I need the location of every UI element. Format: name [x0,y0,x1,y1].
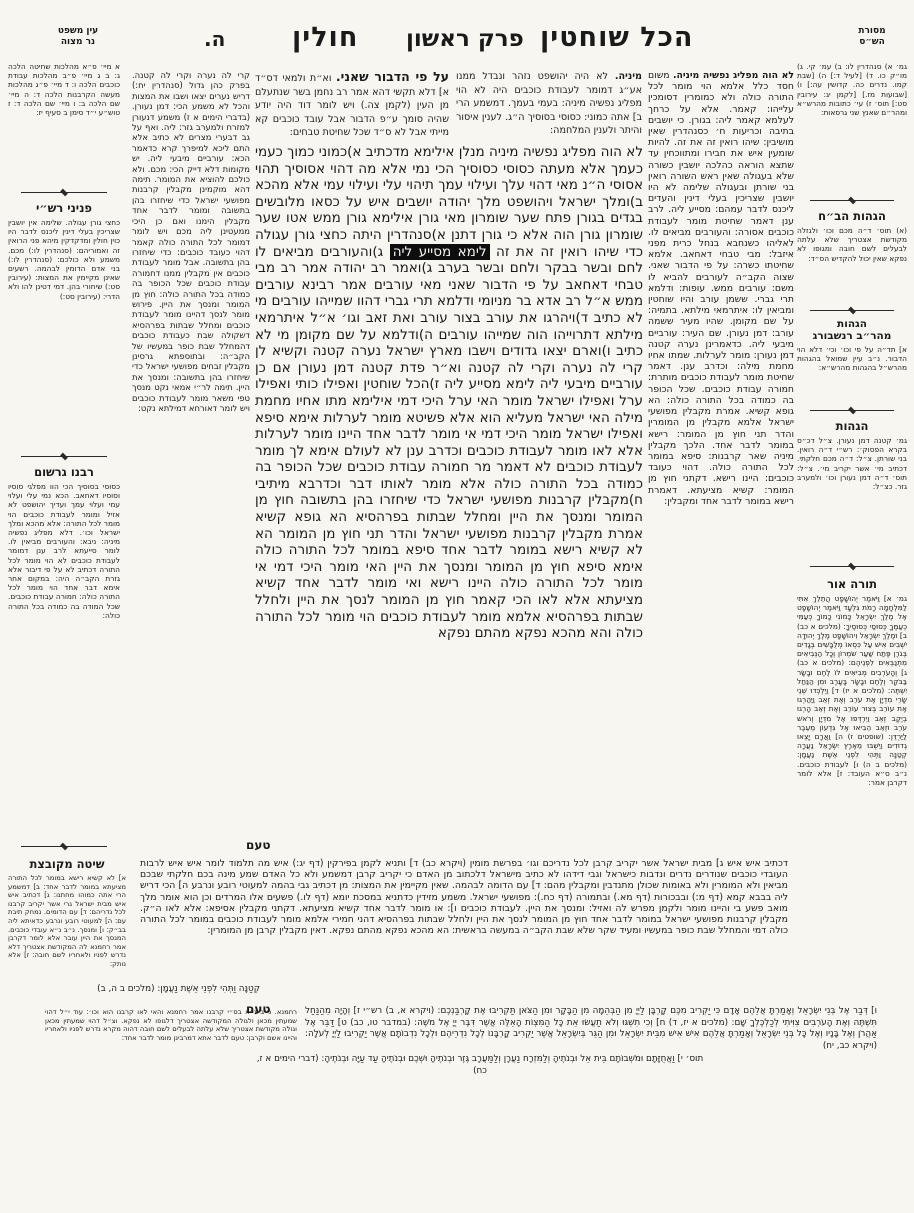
gemara-after-highlight: ג)והעורבים מביאים לו לחם ובשר בבקר ולחם … [255,244,643,642]
torah-or-title: תורה אור [797,578,907,591]
section-divider [797,406,907,415]
hagahot-ransburg-text: א] תד״ה על פי וכו׳ וכי׳ דלא הוי הדבור. נ… [797,345,907,373]
ein-mishpat-title-line2: נר מצוה [38,37,118,48]
tosafot-top-dibbur: על פי הדבור שאני. [336,70,449,84]
gemara-before-highlight: לא הוה מפליג נפשיה מיניה מנלן אילימא מדכ… [255,144,643,260]
torah-or-text: גמ׳ א] וַיֹּאמֶר יְהוֹשָׁפָט הֲתֵלֵךְ אִ… [797,594,907,787]
hagahot-section: הגהות גמ׳ קטנה דמן נעורן. צ״ל דכ״ס בקרא … [797,418,907,558]
tosafot-verse-line: תוס׳ י] וַאֲחֻזָּתָם וּמֹשְׁבוֹתָם בֵּית… [250,1054,710,1077]
hagahot-ransburg-section: הגהות מהר״ב רנשבורג א] תד״ה על פי וכו׳ ו… [797,318,907,404]
rashi-top-band: מיניה. לא היה יהושפט נזהר ונבדל ממנו אע״… [456,70,642,142]
masoret-hashas-title-line2: הש״ס [836,37,908,48]
rashi-top-dibbur: מיניה. [615,71,642,82]
pninei-rashi-text: כחצי גורן עגולה. שלימה אין יושבין שצריכי… [8,218,120,301]
section-divider [797,196,907,205]
tosafot-top-band: על פי הדבור שאני. וא״ת ולמאי דס״ד א] דלא… [255,70,449,142]
rabbeinu-gershom-title: רבנו גרשום [8,466,120,479]
page-title-hakol-shochatin: הכל שוחטין [540,22,693,53]
rashi-column-text: משום חסד כלל אלמא הוי מומר לכל התורה כול… [648,70,794,507]
daf-number: ה. [204,27,225,51]
pninei-rashi-title: פניני רש״י [8,202,120,215]
rabbeinu-gershom-text: כסוסי בסוסיך הכי הוו מפלגי סוסיו וסוסיו … [8,482,120,620]
rashi-column: לא הוה מפליג נפשיה מיניה. משום חסד כלל א… [648,70,794,858]
masoret-hashas-title-line1: מסורת [836,26,908,37]
talmud-page: מסורת הש״ס הכל שוחטין פרק ראשון חולין ה.… [0,0,914,1213]
hagahot-ransburg-title-line1: הגהות [797,318,907,330]
bottom-left-note: רחמנא. נ״ב נ״א בס״י קרבנו אמר רחמנא והאי… [45,1008,297,1056]
gemara-text: לא הוה מפליג נפשיה מיניה מנלן אילימא מדכ… [255,144,643,842]
section-divider [8,842,120,851]
hagahot-title: הגהות [797,420,907,433]
hagahot-habach-section: הגהות הב״ח (א) תוס׳ ד״ה מכם וכו׳ ולגזלה … [797,208,907,302]
rashi-column-dibbur: לא הוה מפליג נפשיה מיניה. [673,70,794,81]
hagahot-ransburg-title-line2: מהר״ב רנשבורג [797,330,907,342]
ein-mishpat-title: עין משפט נר מצוה [38,26,118,48]
hagahot-habach-text: (א) תוס׳ ד״ה מכם וכו׳ ולגזלה מקודשת אצטר… [797,226,907,263]
tosafot-column: קרי לה נערה וקרי לה קטנה. בפרק כהן גדול … [132,70,250,858]
masoret-hashas-title: מסורת הש״ס [836,26,908,48]
section-divider [797,562,907,571]
chapter-title: פרק ראשון [406,26,524,52]
bottom-left-verse: קְטַנָּה וַתְּהִי לִפְנֵי אֵשֶׁת נַעֲמָן… [45,984,260,996]
torah-or-section: תורה אור גמ׳ א] וַיֹּאמֶר יְהוֹשָׁפָט הֲ… [797,576,907,1012]
rashi-bottom-block: דכתיב איש איש ג] מבית ישראל אשר יקריב קר… [140,858,788,1000]
rabbeinu-gershom-section: רבנו גרשום כסוסי בסוסיך הכי הוו מפלגי סו… [8,464,120,764]
ein-mishpat-title-line1: עין משפט [38,26,118,37]
hagahot-text: גמ׳ קטנה דמן נעורן. צ״ל דכ״ס בקרא הפסוק׳… [797,436,907,491]
pninei-rashi-section: פניני רש״י כחצי גורן עגולה. שלימה אין יו… [8,200,120,448]
hagahot-habach-title: הגהות הב״ח [797,210,907,223]
section-divider [797,306,907,315]
ein-mishpat-refs: א מיי׳ פ״א מהלכות שחיטה הלכה ג: ב ג מיי׳… [8,62,120,184]
section-divider [8,452,120,461]
masechet-title: חולין [292,22,358,53]
highlight-lima-mesayea: לימא מסייע ליה [390,244,490,260]
shita-mekubetzet-title: שיטה מקובצת [8,858,126,871]
masoret-hashas-refs: גמ׳ א) סנהדרין לו: ב) עמ׳ קי. ג) מו״ק כו… [797,62,907,192]
section-divider [8,188,120,197]
shita-mekubetzet-text: א] לא קשיא רישא במומר לכל התורה מציעתא ב… [8,874,126,969]
torah-or-bottom-verses: ו] דְּבַר אֶל בְּנֵי יִשְׂרָאֵל וְאָמַרְ… [305,1006,877,1052]
